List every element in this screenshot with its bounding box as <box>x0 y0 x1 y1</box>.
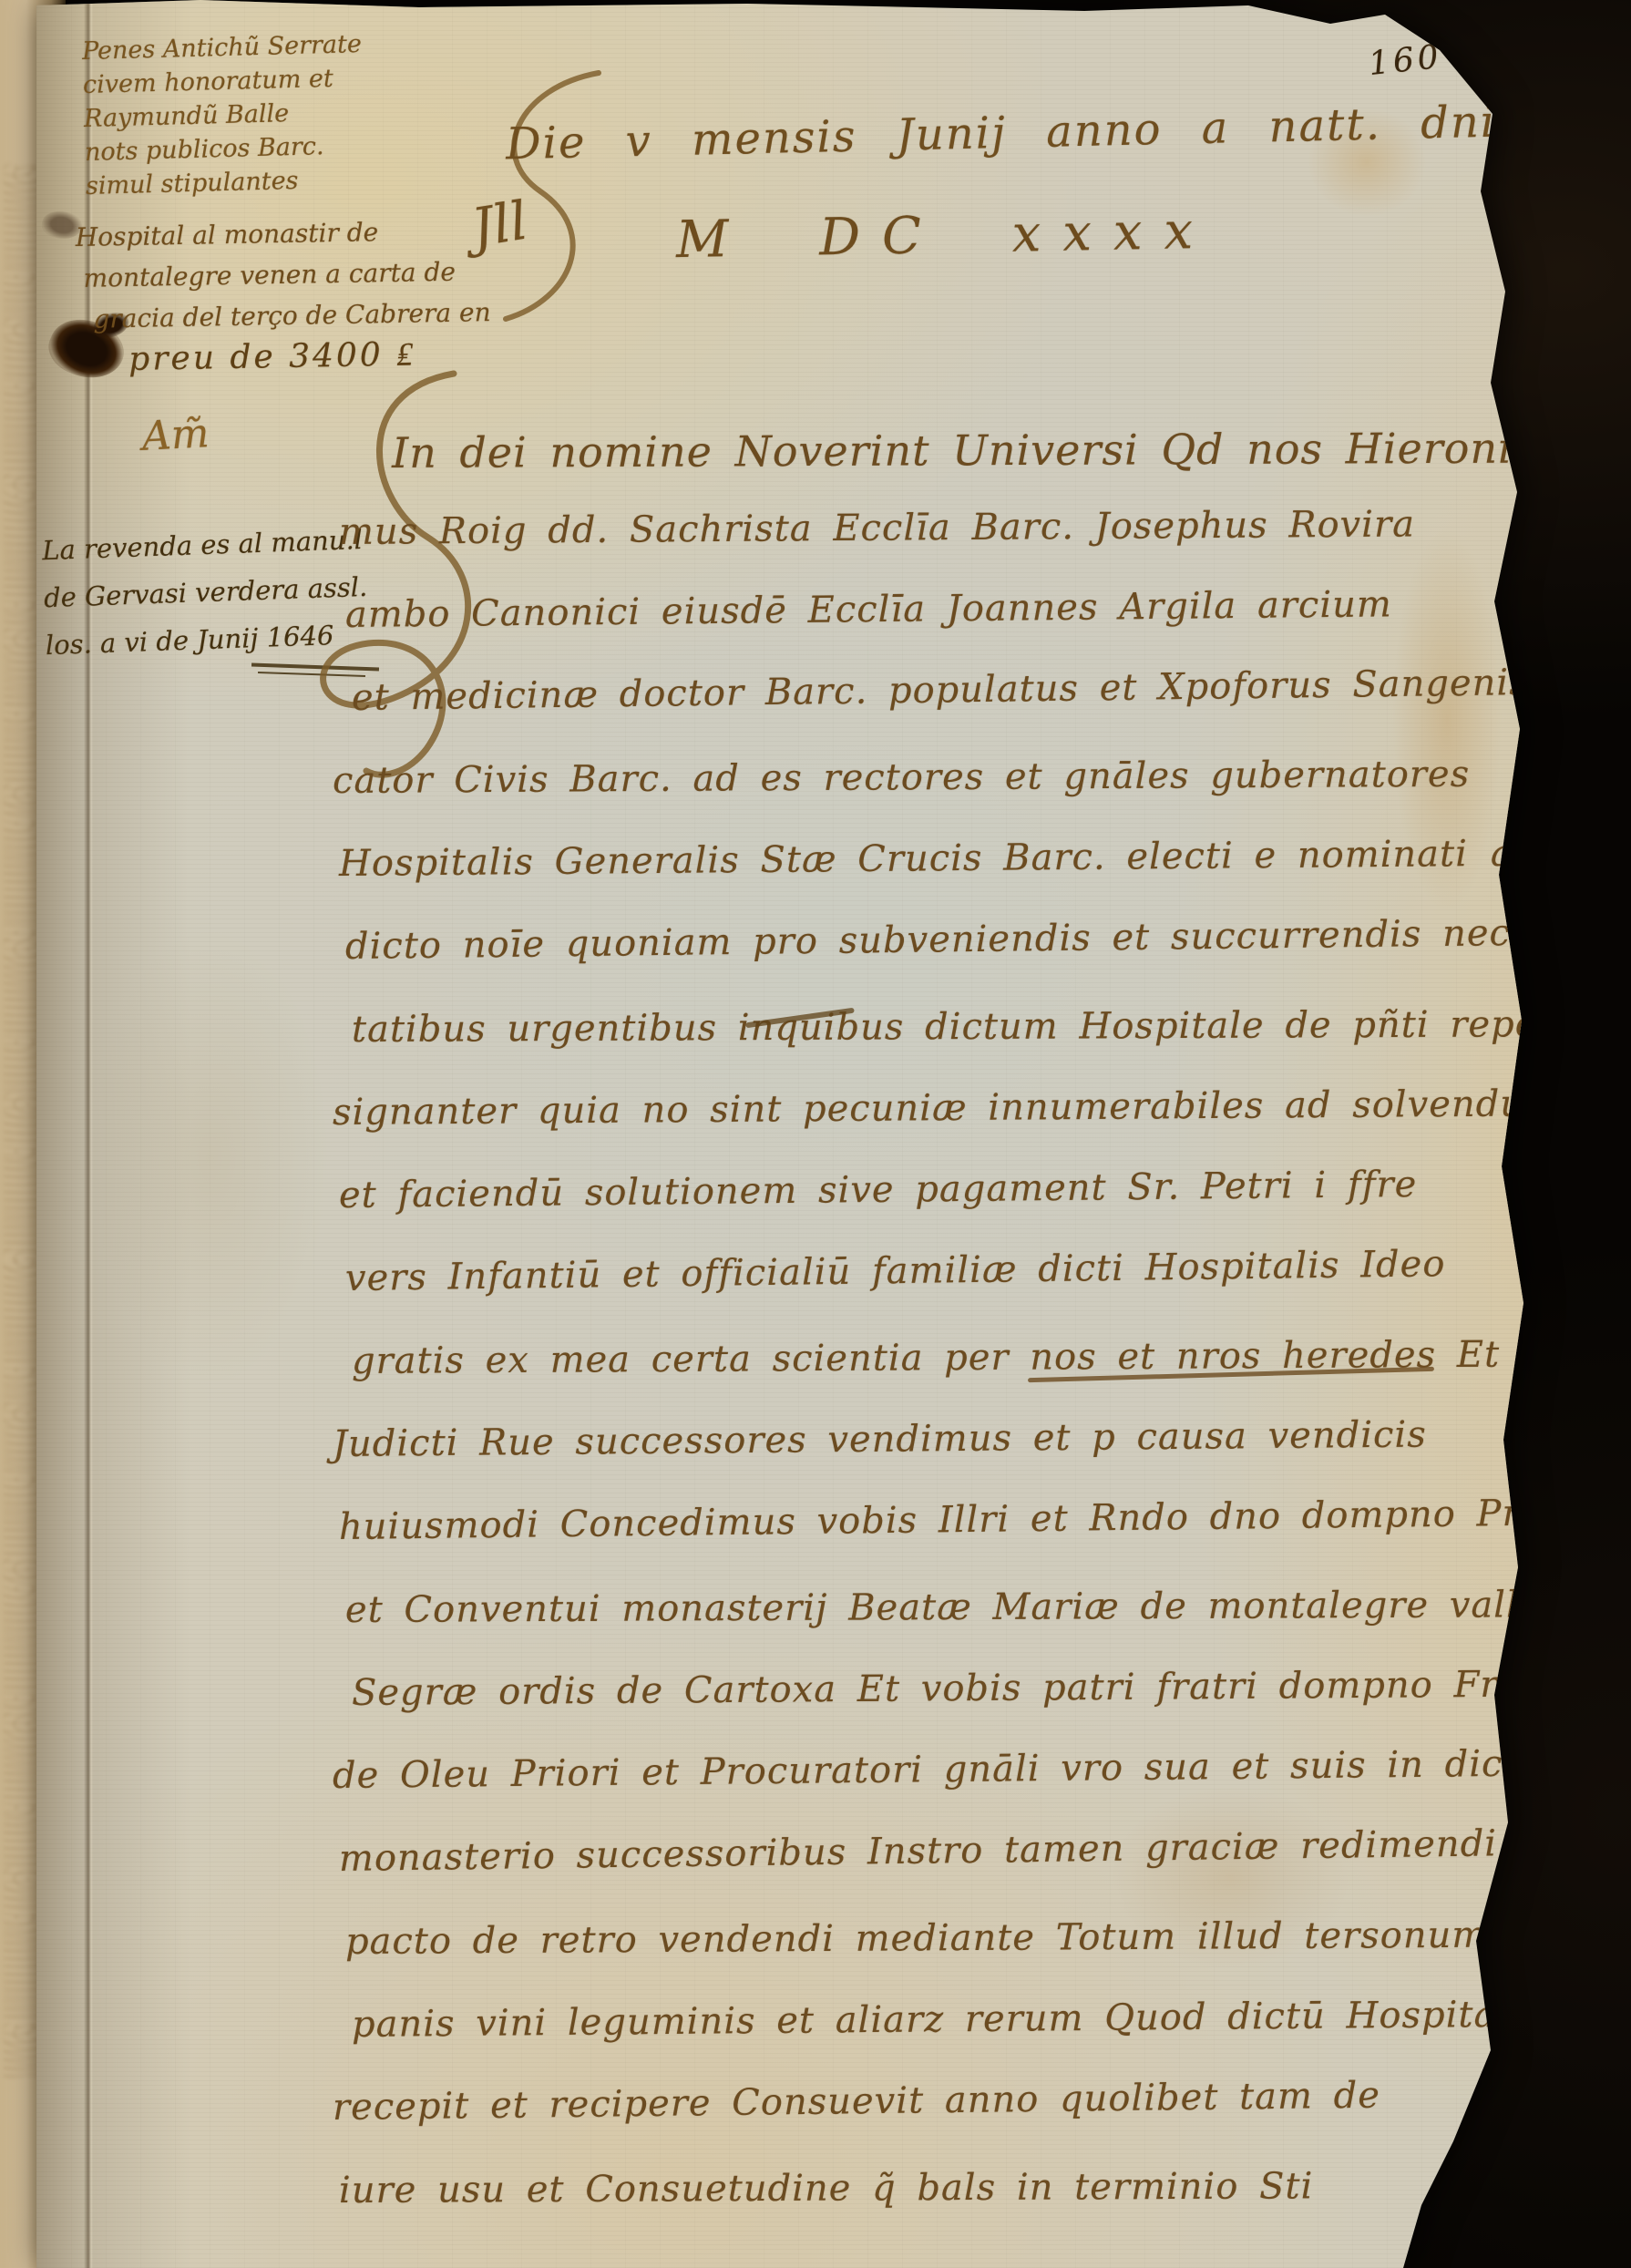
foxing-stain <box>91 929 328 1385</box>
body-line: pacto de retro vendendi mediante Totum i… <box>345 1914 1488 1963</box>
body-line: mus Roig dd. Sachrista Ecclīa Barc. Jose… <box>339 503 1415 553</box>
margin-abbreviation-mark: Am̃ <box>141 410 210 460</box>
body-line: signanter quia no sint pecuniæ innumerab… <box>333 1083 1560 1134</box>
margin-note-line: Hospital al monastir de <box>75 210 489 258</box>
body-line: et Conventui monasterij Beatæ Mariæ de m… <box>345 1584 1519 1631</box>
body-line: tatibus urgentibus inquibus dictum Hospi… <box>352 1003 1631 1051</box>
body-line: iure usu et Consuetudine q̃ bals in term… <box>339 2165 1314 2212</box>
heading-year-roman: M DC xxxx <box>675 201 1215 270</box>
margin-note-line: gracia del terço de Cabrera en <box>93 292 491 340</box>
body-line: cator Civis Barc. ad es rectores et gnāl… <box>333 754 1470 802</box>
folio-number: 160 <box>1367 38 1444 83</box>
manuscript-page: 160 Penes Antichũ Serrate civem honoratu… <box>36 0 1538 2268</box>
margin-note-summary: Hospital al monastir de montalegre venen… <box>75 210 491 381</box>
margin-note-line: preu de 3400 ₤ <box>128 333 492 380</box>
paper-wrapper: 160 Penes Antichũ Serrate civem honoratu… <box>0 0 1631 2268</box>
manuscript-photo: 160 Penes Antichũ Serrate civem honoratu… <box>0 0 1631 2268</box>
margin-note-registration: Penes Antichũ Serrate civem honoratum et… <box>82 27 366 203</box>
body-line: In dei nomine Noverint Universi Qd nos H… <box>392 424 1513 477</box>
margin-note-line: montalegre venen a carta de <box>83 251 490 299</box>
heading-paraph: Jll <box>467 190 531 260</box>
body-line: gratis ex mea certa scientia per nos et … <box>352 1334 1500 1382</box>
margin-note-revenda: La revenda es al manu.l de Gervasi verde… <box>41 516 369 669</box>
